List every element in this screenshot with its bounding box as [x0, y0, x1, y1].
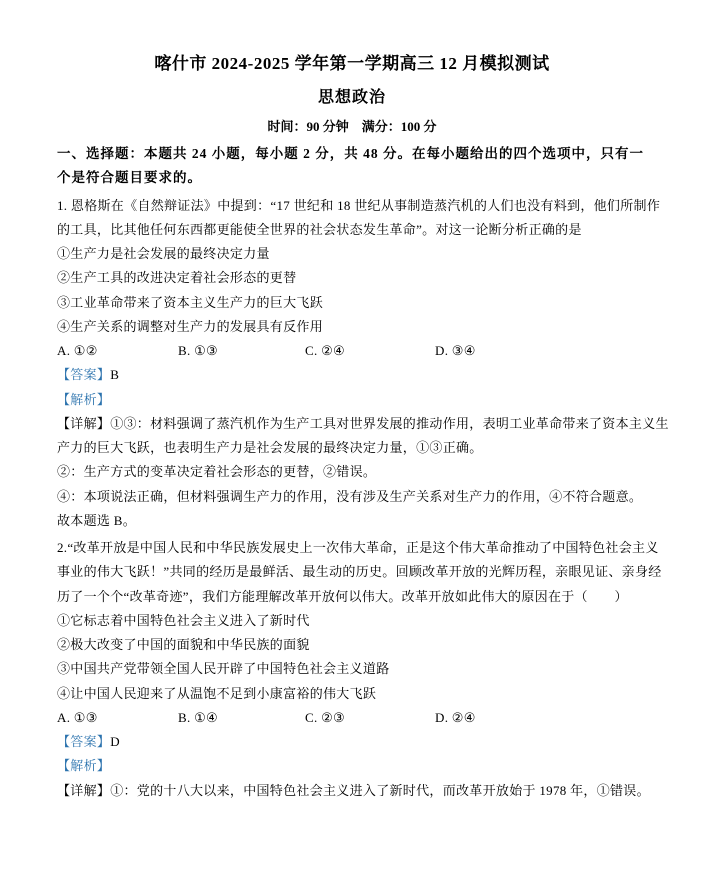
detail-line: 故本题选 B。 [57, 509, 647, 533]
question-1: 1. 恩格斯在《自然辩证法》中提到：“17 世纪和 18 世纪从事制造蒸汽机的人… [57, 194, 647, 534]
statement-line: ④生产关系的调整对生产力的发展具有反作用 [57, 315, 647, 339]
detail-line: 产力的巨大飞跃，也表明生产力是社会发展的最终决定力量，①③正确。 [57, 436, 647, 460]
detail-line: 【详解】①：党的十八大以来，中国特色社会主义进入了新时代，而改革开放始于 197… [57, 779, 647, 803]
option-d: D. ②④ [435, 706, 476, 730]
answer-line: 【答案】D [57, 730, 647, 754]
question-2: 2.“改革开放是中国人民和中华民族发展史上一次伟大革命，正是这个伟大革命推动了中… [57, 536, 647, 803]
detail-line: ④：本项说法正确，但材料强调生产力的作用，没有涉及生产关系对生产力的作用，④不符… [57, 485, 647, 509]
statement-line: ①生产力是社会发展的最终决定力量 [57, 242, 647, 266]
document-page: 喀什市 2024-2025 学年第一学期高三 12 月模拟测试 思想政治 时间：… [0, 0, 701, 877]
analysis-label: 【解析】 [57, 392, 110, 407]
question-stem-line: 事业的伟大飞跃！”共同的经历是最鲜活、最生动的历史。回顾改革开放的光辉历程，亲眼… [57, 560, 647, 584]
analysis-line: 【解析】 [57, 754, 647, 778]
detail-line: ②：生产方式的变革决定着社会形态的更替，②错误。 [57, 460, 647, 484]
statement-line: ②极大改变了中国的面貌和中华民族的面貌 [57, 633, 647, 657]
option-a: A. ①② [57, 339, 98, 363]
questions-container: 1. 恩格斯在《自然辩证法》中提到：“17 世纪和 18 世纪从事制造蒸汽机的人… [57, 194, 647, 803]
section-intro-line: 个是符合题目要求的。 [57, 166, 647, 190]
option-c: C. ②④ [305, 339, 345, 363]
question-stem-line: 1. 恩格斯在《自然辩证法》中提到：“17 世纪和 18 世纪从事制造蒸汽机的人… [57, 194, 647, 218]
option-c: C. ②③ [305, 706, 345, 730]
statement-line: ④让中国人民迎来了从温饱不足到小康富裕的伟大飞跃 [57, 682, 647, 706]
question-stem-line: 2.“改革开放是中国人民和中华民族发展史上一次伟大革命，正是这个伟大革命推动了中… [57, 536, 647, 560]
option-b: B. ①③ [178, 339, 218, 363]
statement-line: ①它标志着中国特色社会主义进入了新时代 [57, 609, 647, 633]
exam-title: 喀什市 2024-2025 学年第一学期高三 12 月模拟测试 [57, 53, 647, 75]
statement-line: ②生产工具的改进决定着社会形态的更替 [57, 266, 647, 290]
section-intro-line: 一、选择题：本题共 24 小题，每小题 2 分，共 48 分。在每小题给出的四个… [57, 142, 647, 166]
question-stem-line: 的工具，比其他任何东西都更能使全世界的社会状态发生革命”。对这一论断分析正确的是 [57, 218, 647, 242]
exam-subject: 思想政治 [57, 87, 647, 109]
options-row: A. ①②B. ①③C. ②④D. ③④ [57, 339, 647, 363]
option-b: B. ①④ [178, 706, 218, 730]
option-d: D. ③④ [435, 339, 476, 363]
option-a: A. ①③ [57, 706, 98, 730]
document-body: 喀什市 2024-2025 学年第一学期高三 12 月模拟测试 思想政治 时间：… [57, 53, 647, 803]
answer-value: B [110, 367, 119, 382]
analysis-line: 【解析】 [57, 388, 647, 412]
detail-line: 【详解】①③：材料强调了蒸汽机作为生产工具对世界发展的推动作用，表明工业革命带来… [57, 412, 647, 436]
exam-meta: 时间：90 分钟 满分：100 分 [57, 119, 647, 135]
options-row: A. ①③B. ①④C. ②③D. ②④ [57, 706, 647, 730]
question-stem-line: 历了一个个“改革奇迹”，我们方能理解改革开放何以伟大。改革开放如此伟大的原因在于… [57, 585, 647, 609]
answer-label: 【答案】 [57, 367, 110, 382]
statement-line: ③中国共产党带领全国人民开辟了中国特色社会主义道路 [57, 657, 647, 681]
section-intro: 一、选择题：本题共 24 小题，每小题 2 分，共 48 分。在每小题给出的四个… [57, 142, 647, 191]
statement-line: ③工业革命带来了资本主义生产力的巨大飞跃 [57, 291, 647, 315]
answer-label: 【答案】 [57, 734, 110, 749]
answer-value: D [110, 734, 120, 749]
answer-line: 【答案】B [57, 363, 647, 387]
analysis-label: 【解析】 [57, 758, 110, 773]
